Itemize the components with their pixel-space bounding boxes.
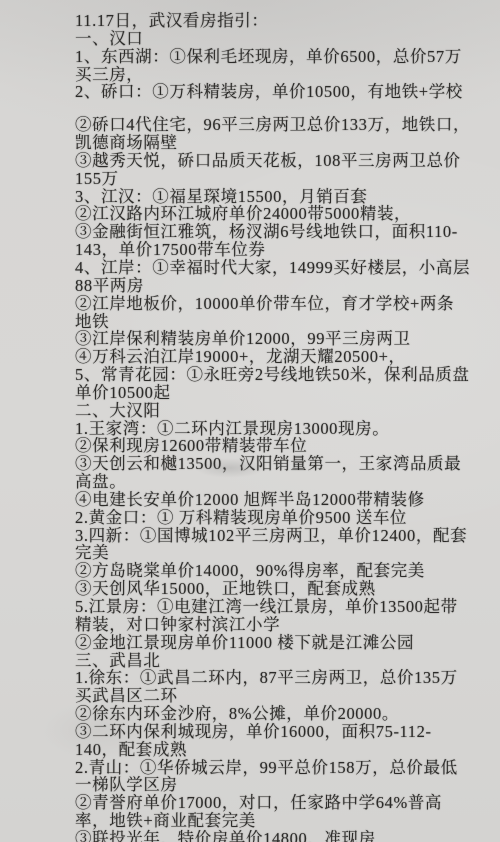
- note-body: 11.17日，武汉看房指引：一、汉口1、东西湖：①保利毛坯现房，单价6500，总…: [75, 12, 437, 842]
- text-line: 凯德商场隔壁: [75, 134, 437, 152]
- text-line: ②方岛晓棠单价14000，90%得房率，配套完美: [75, 562, 437, 580]
- text-line: 三、武昌北: [75, 652, 437, 670]
- text-line: 5、常青花园：①永旺旁2号线地铁50米，保利品质盘: [75, 366, 437, 384]
- text-line: 140，配套成熟: [75, 741, 437, 759]
- text-line: 3.四新：①国博城102平三房两卫，单价12400，配套: [75, 527, 437, 545]
- text-line: ③联投光年，特价房单价14800，准现房: [75, 830, 437, 842]
- text-line: ④电建长安单价12000 旭辉半岛12000带精装修: [75, 491, 437, 509]
- text-line: 一、汉口: [75, 30, 437, 48]
- text-line: 1.王家湾：①二环内江景现房13000现房。: [75, 420, 437, 438]
- text-line: ③天创风华15000，正地铁口，配套成熟: [75, 580, 437, 598]
- text-line: 2.青山：①华侨城云岸，99平总价158万，总价最低: [75, 759, 437, 777]
- text-line: ③天创云和樾13500，汉阳销量第一，王家湾品质最: [75, 455, 437, 473]
- blank-line: [75, 101, 437, 116]
- text-line: 3、江汉：①福星琛境15500，月销百套: [75, 188, 437, 206]
- text-line: ②金地江景现房单价11000 楼下就是江滩公园: [75, 634, 437, 652]
- text-line: 完美: [75, 544, 437, 562]
- text-line: 2、硚口：①万科精装房，单价10500，有地铁+学校: [75, 83, 437, 101]
- text-line: 单价10500起: [75, 384, 437, 402]
- text-line: ③二环内保利城现房，单价16000，面积75-112-: [75, 723, 437, 741]
- text-line: 买武昌区二环: [75, 687, 437, 705]
- text-line: ②徐东内环金沙府，8%公摊，单价20000。: [75, 705, 437, 723]
- text-line: 143，单价17500带车位券: [75, 241, 437, 259]
- text-line: ②江岸地板价，10000单价带车位，育才学校+两条: [75, 295, 437, 313]
- text-line: ③江岸保利精装房单价12000，99平三房两卫: [75, 330, 437, 348]
- text-line: 1、东西湖：①保利毛坯现房，单价6500，总价57万: [75, 48, 437, 66]
- text-line: 1.徐东：①武昌二环内，87平三房两卫，总价135万: [75, 669, 437, 687]
- text-line: 买三房，: [75, 66, 437, 84]
- text-line: 11.17日，武汉看房指引：: [75, 12, 437, 30]
- text-line: 5.江景房：①电建江湾一线江景房，单价13500起带: [75, 598, 437, 616]
- text-line: 率，地铁+商业配套完美: [75, 812, 437, 830]
- text-line: 一梯队学区房: [75, 776, 437, 794]
- text-line: ③金融街恒江雅筑，杨汊湖6号线地铁口，面积110-: [75, 223, 437, 241]
- text-line: ③越秀天悦，硚口品质天花板，108平三房两卫总价: [75, 152, 437, 170]
- text-line: 2.黄金口：① 万科精装现房单价9500 送车位: [75, 509, 437, 527]
- screenshot-root: { "colors": { "background": "#d7d6d4", "…: [0, 0, 500, 842]
- text-line: 地铁: [75, 313, 437, 331]
- text-line: 二、大汉阳: [75, 402, 437, 420]
- text-line: 88平两房: [75, 277, 437, 295]
- text-line: ②江汉路内环江城府单价24000带5000精装，: [75, 205, 437, 223]
- text-line: 高盘。: [75, 473, 437, 491]
- text-line: ②保利现房12600带精装带车位: [75, 437, 437, 455]
- text-line: ②硚口4代住宅，96平三房两卫总价133万，地铁口，: [75, 116, 437, 134]
- text-line: ②青誉府单价17000，对口，任家路中学64%普高: [75, 794, 437, 812]
- text-line: 4、江岸：①幸福时代大家，14999买好楼层，小高层: [75, 259, 437, 277]
- text-line: 精装，对口钟家村滨江小学: [75, 616, 437, 634]
- text-line: 155万: [75, 170, 437, 188]
- text-line: ④万科云泊江岸19000+，龙湖天耀20500+，: [75, 348, 437, 366]
